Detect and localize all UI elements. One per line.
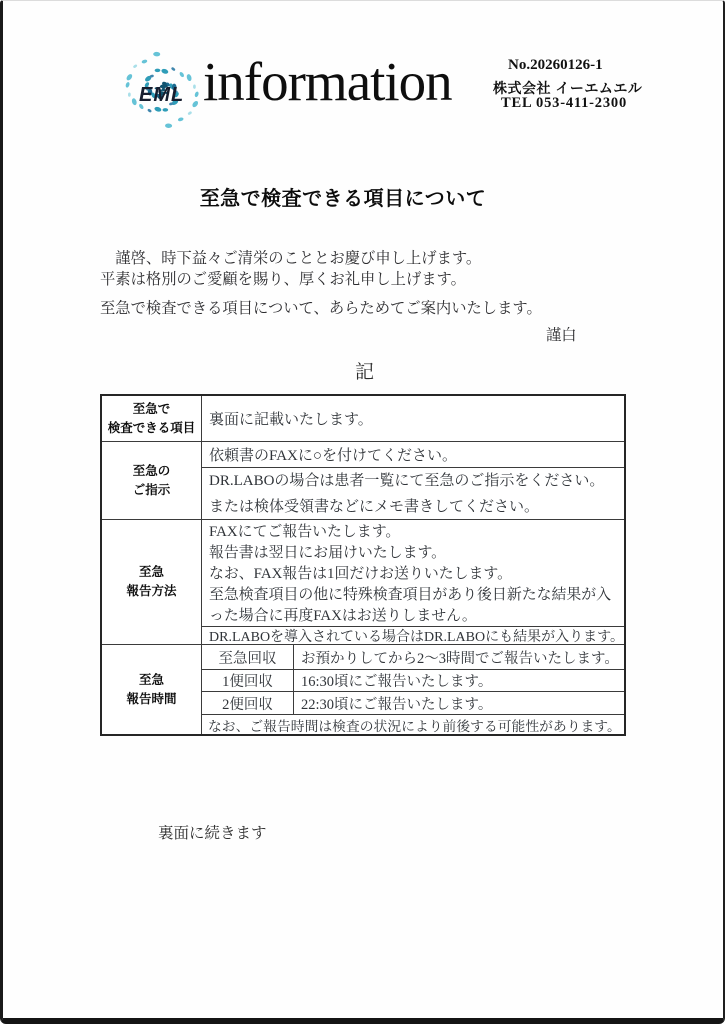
row-label-items: 至急で 検査できる項目 bbox=[102, 396, 202, 441]
schedule-method: 至急回収 bbox=[202, 645, 294, 669]
schedule-desc: 16:30頃にご報告いたします。 bbox=[294, 670, 624, 691]
schedule-row: 至急回収 お預かりしてから2～3時間でご報告いたします。 bbox=[202, 645, 624, 669]
schedule-note: なお、ご報告時間は検査の状況により前後する可能性があります。 bbox=[202, 714, 624, 735]
table-row-report-time: 至急 報告時間 至急回収 お預かりしてから2～3時間でご報告いたします。 1便回… bbox=[102, 644, 624, 734]
greeting-line-2: 平素は格別のご愛顧を賜り、厚くお礼申し上げます。 bbox=[100, 272, 466, 287]
cell-items-backside: 裏面に記載いたします。 bbox=[202, 396, 624, 441]
table-row-items: 至急で 検査できる項目 裏面に記載いたします。 bbox=[102, 396, 624, 441]
document-page: EML information No.20260126-1 株式会社 イーエムエ… bbox=[0, 0, 725, 1024]
eml-logo: EML bbox=[113, 55, 211, 139]
row-label-report-method: 至急 報告方法 bbox=[102, 520, 202, 644]
company-name: 株式会社 イーエムエル bbox=[493, 81, 663, 96]
cell-method-details: FAXにてご報告いたします。 報告書は翌日にお届けいたします。 なお、FAX報告… bbox=[202, 520, 624, 626]
record-heading: 記 bbox=[3, 357, 725, 384]
logo-text: EML bbox=[139, 84, 184, 107]
company-tel: TEL 053-411-2300 bbox=[501, 96, 663, 111]
schedule-row: 1便回収 16:30頃にご報告いたします。 bbox=[202, 669, 624, 691]
closing-word: 謹白 bbox=[546, 323, 577, 345]
urgent-info-table: 至急で 検査できる項目 裏面に記載いたします。 至急の ご指示 依頼書のFAXに… bbox=[100, 394, 626, 736]
footer-note: 裏面に続きます bbox=[158, 821, 267, 843]
table-row-report-method: 至急 報告方法 FAXにてご報告いたします。 報告書は翌日にお届けいたします。 … bbox=[102, 519, 624, 644]
schedule-desc: お預かりしてから2～3時間でご報告いたします。 bbox=[294, 645, 624, 669]
schedule-method: 2便回収 bbox=[202, 692, 294, 714]
table-row-instructions: 至急の ご指示 依頼書のFAXに○を付けてください。 DR.LABOの場合は患者… bbox=[102, 441, 624, 519]
cell-instruction-drlabo: DR.LABOの場合は患者一覧にて至急のご指示をください。 または検体受領書など… bbox=[202, 467, 624, 520]
row-label-report-time: 至急 報告時間 bbox=[102, 645, 202, 734]
doc-number: No.20260126-1 bbox=[508, 57, 663, 74]
newsletter-title: information bbox=[203, 54, 452, 109]
row-label-instructions: 至急の ご指示 bbox=[102, 442, 202, 519]
schedule-method: 1便回収 bbox=[202, 670, 294, 691]
schedule-desc: 22:30頃にご報告いたします。 bbox=[294, 692, 624, 714]
document-title: 至急で検査できる項目について bbox=[3, 182, 683, 211]
cell-instruction-fax: 依頼書のFAXに○を付けてください。 bbox=[202, 442, 624, 467]
issuer-block: No.20260126-1 株式会社 イーエムエル TEL 053-411-23… bbox=[493, 57, 663, 111]
cell-method-drlabo: DR.LABOを導入されている場合はDR.LABOにも結果が入ります。 bbox=[202, 626, 624, 645]
greeting-line-3: 至急で検査できる項目について、あらためてご案内いたします。 bbox=[100, 301, 542, 316]
greeting-line-1: 謹啓、時下益々ご清栄のこととお慶び申し上げます。 bbox=[100, 251, 481, 266]
schedule-row: 2便回収 22:30頃にご報告いたします。 bbox=[202, 691, 624, 714]
